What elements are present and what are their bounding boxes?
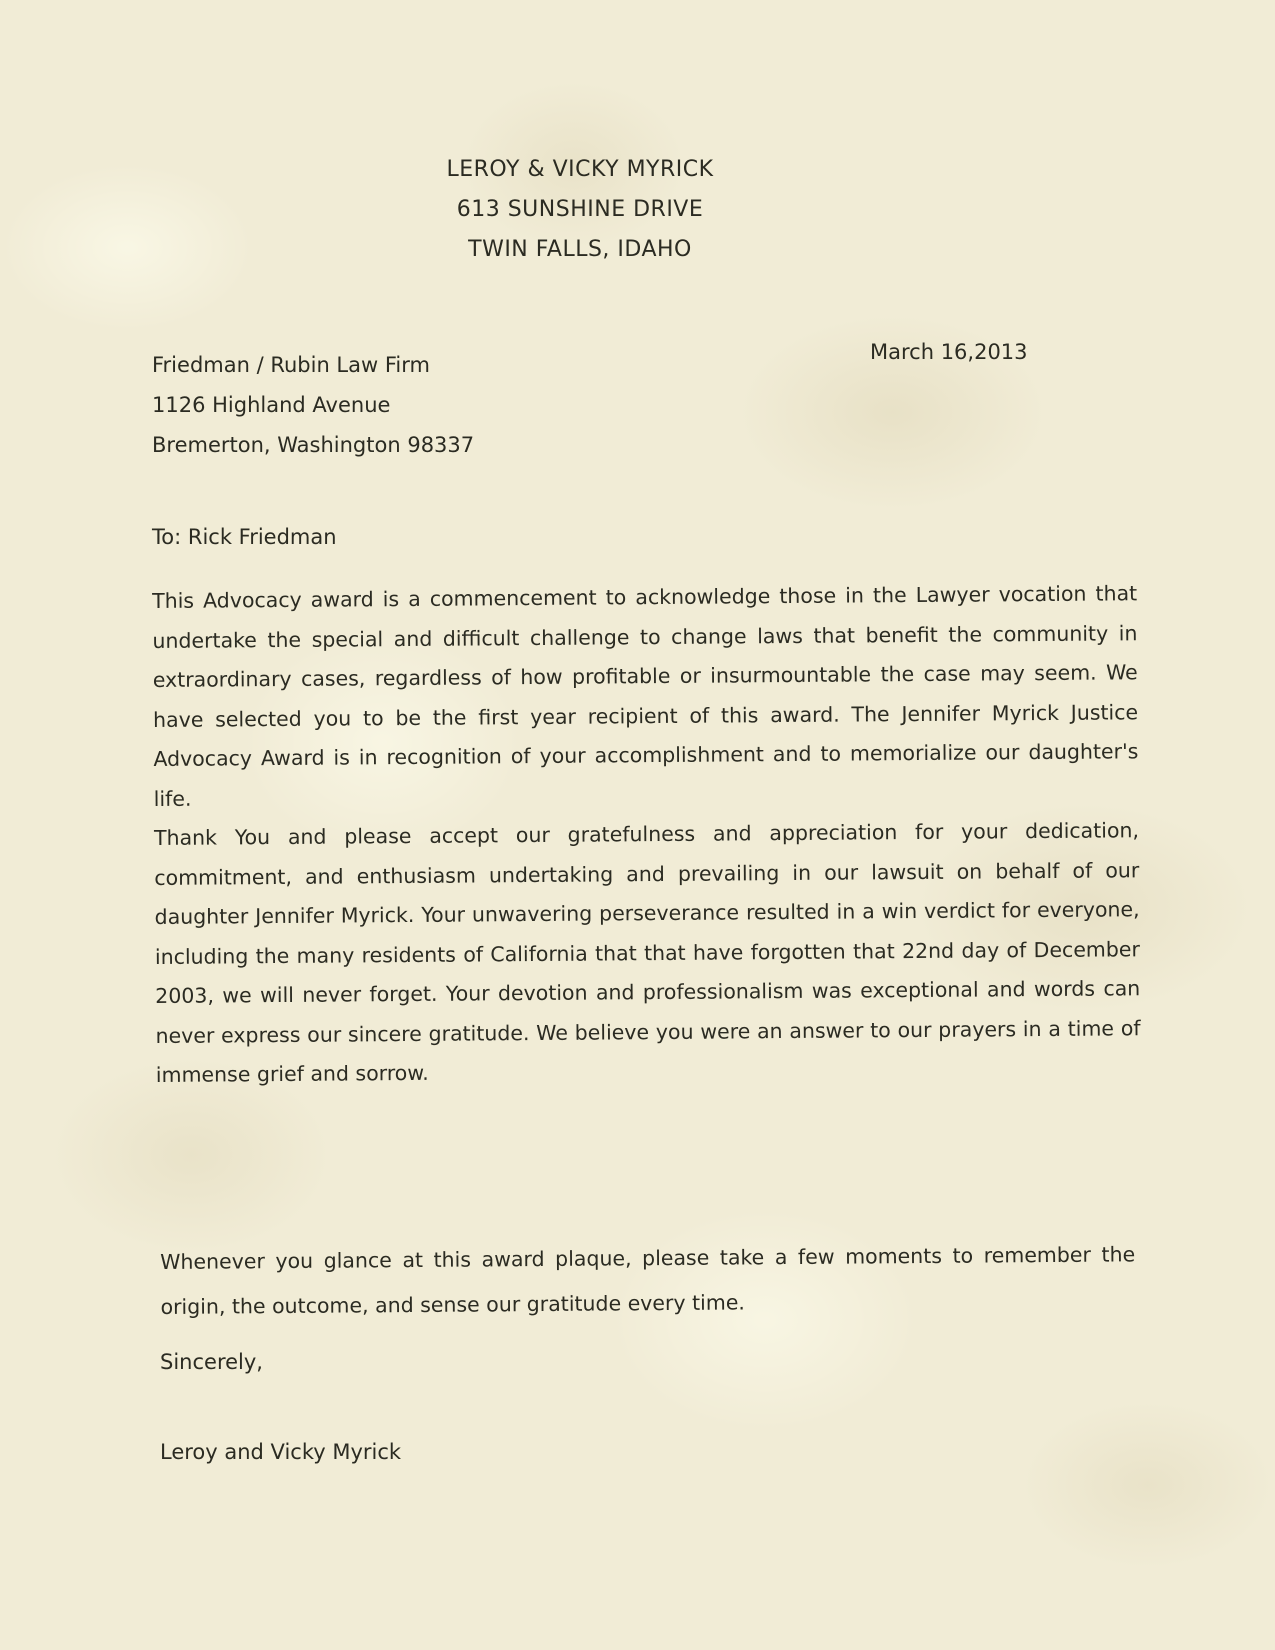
sender-city: TWIN FALLS, IDAHO xyxy=(0,230,1160,270)
salutation: To: Rick Friedman xyxy=(152,525,337,549)
signature: Leroy and Vicky Myrick xyxy=(160,1440,401,1464)
sender-name: LEROY & VICKY MYRICK xyxy=(0,150,1160,190)
body-paragraph-2: Thank You and please accept our grateful… xyxy=(154,811,1141,1095)
body-paragraph-3: Whenever you glance at this award plaque… xyxy=(160,1232,1136,1330)
sender-street: 613 SUNSHINE DRIVE xyxy=(0,190,1160,230)
sender-letterhead: LEROY & VICKY MYRICK 613 SUNSHINE DRIVE … xyxy=(0,150,1160,270)
letter-page: LEROY & VICKY MYRICK 613 SUNSHINE DRIVE … xyxy=(0,0,1275,1650)
recipient-street: 1126 Highland Avenue xyxy=(152,385,474,425)
recipient-city: Bremerton, Washington 98337 xyxy=(152,425,474,465)
body-paragraph-1: This Advocacy award is a commencement to… xyxy=(152,574,1139,819)
recipient-address: Friedman / Rubin Law Firm 1126 Highland … xyxy=(152,345,474,465)
letter-date: March 16,2013 xyxy=(870,340,1028,364)
letter-body: This Advocacy award is a commencement to… xyxy=(152,574,1141,1095)
recipient-firm: Friedman / Rubin Law Firm xyxy=(152,345,474,385)
closing: Sincerely, xyxy=(160,1350,263,1374)
